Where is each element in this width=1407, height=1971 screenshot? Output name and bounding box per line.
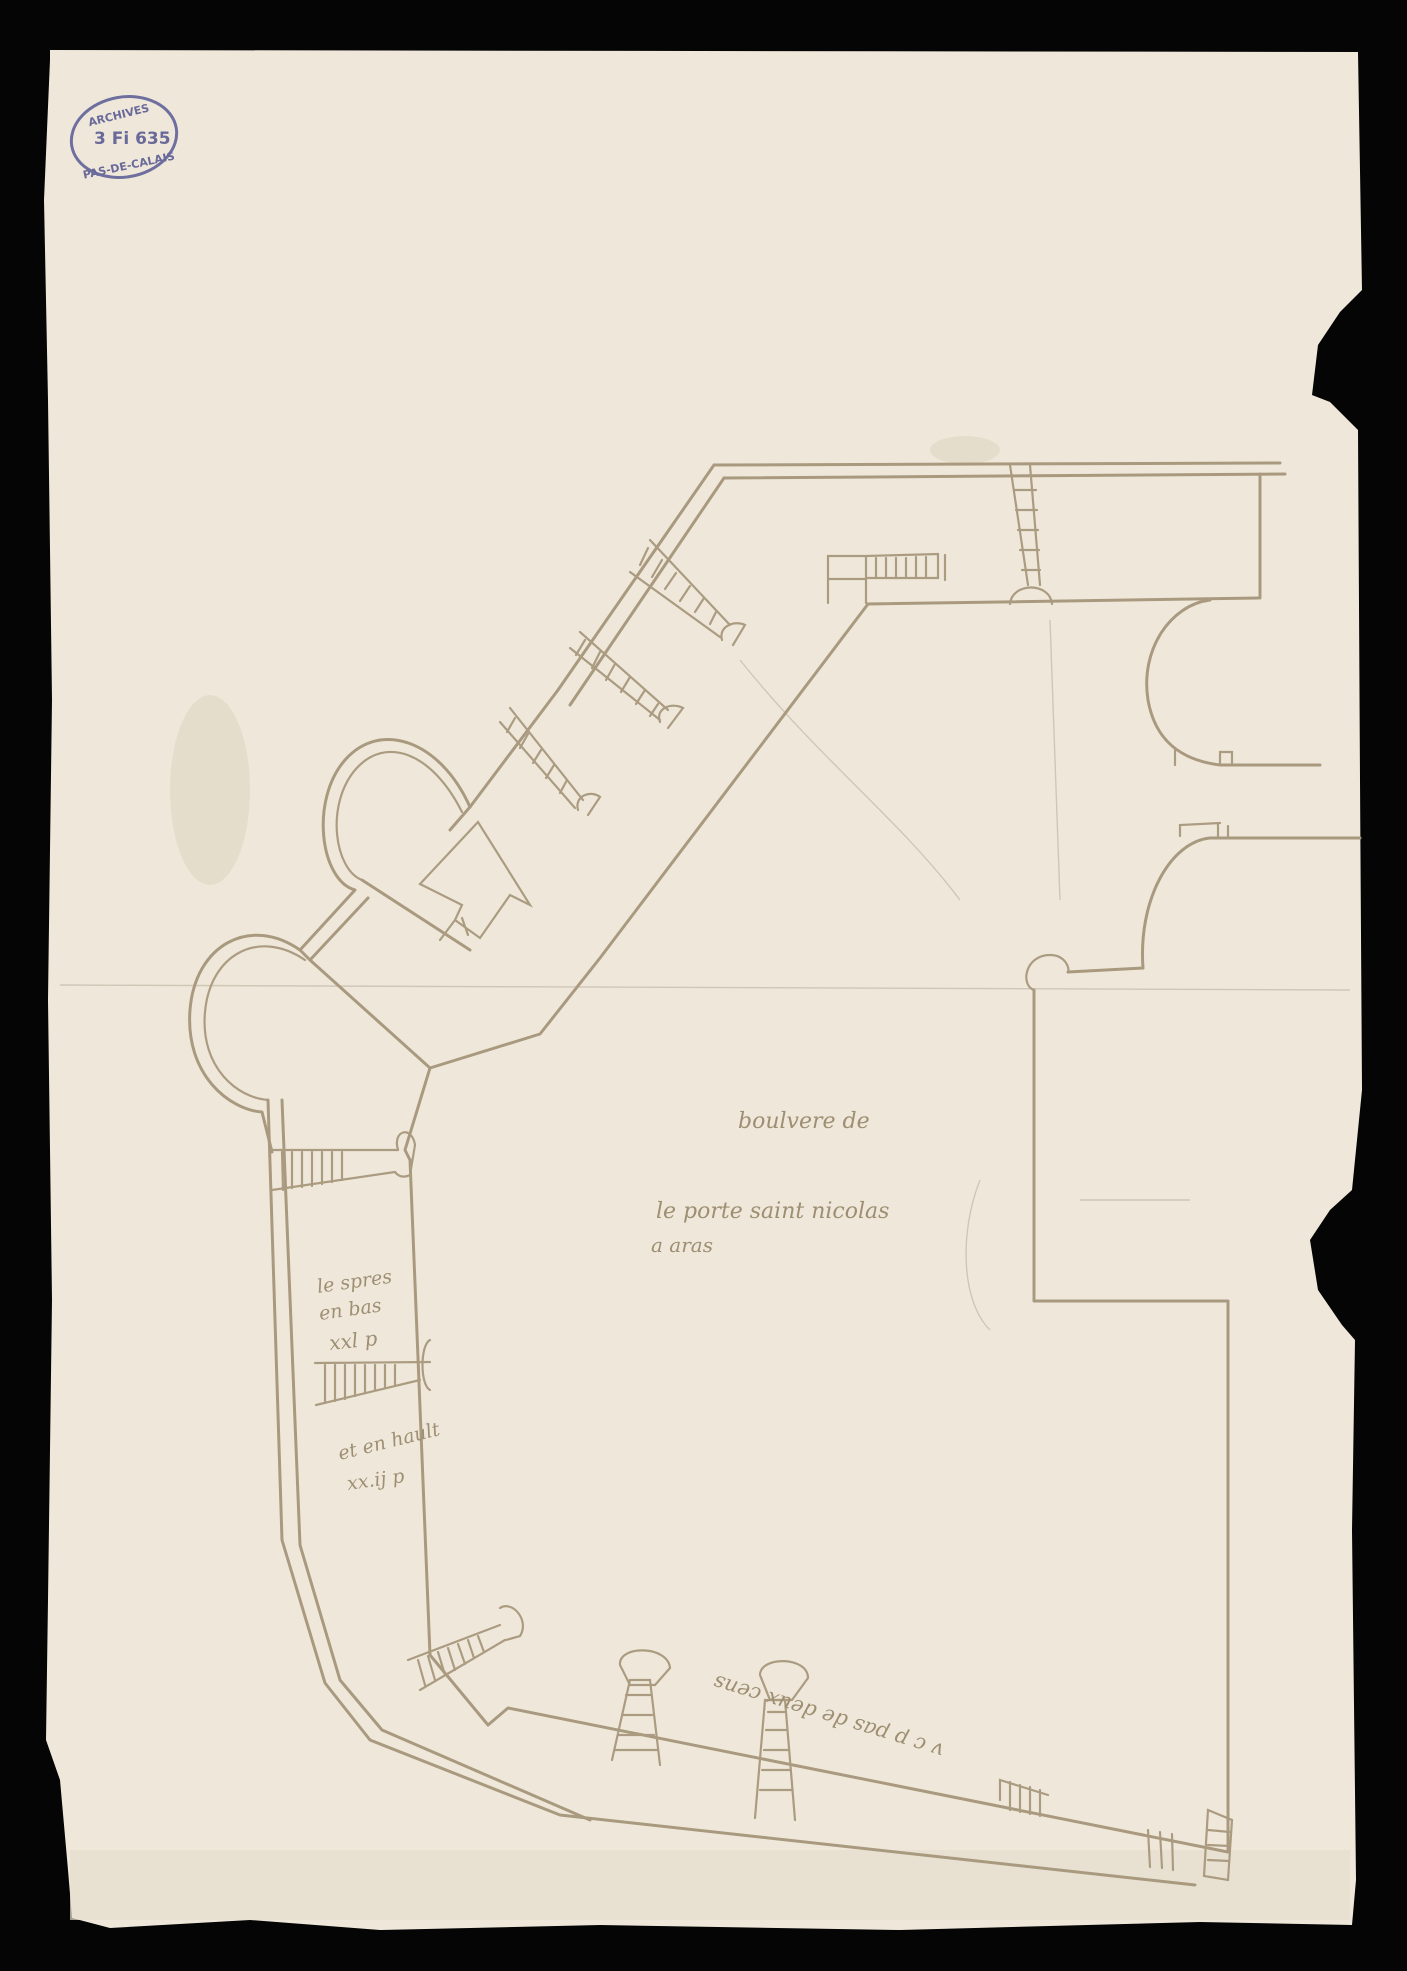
title-line-2: le porte saint nicolas xyxy=(656,1199,889,1224)
paper-stain xyxy=(170,695,250,885)
manuscript-plan: ARCHIVES 3 Fi 635 PAS-DE-CALAIS xyxy=(0,0,1407,1971)
paper-sheet xyxy=(44,50,1362,1930)
paper-bottom-wear xyxy=(70,1850,1350,1920)
title-line-3: a aras xyxy=(651,1233,713,1257)
note-xxl: xxl p xyxy=(328,1326,379,1355)
paper-stain xyxy=(930,436,1000,464)
stamp-shelfmark: 3 Fi 635 xyxy=(94,129,171,149)
title-line-1: boulvere de xyxy=(738,1109,870,1134)
